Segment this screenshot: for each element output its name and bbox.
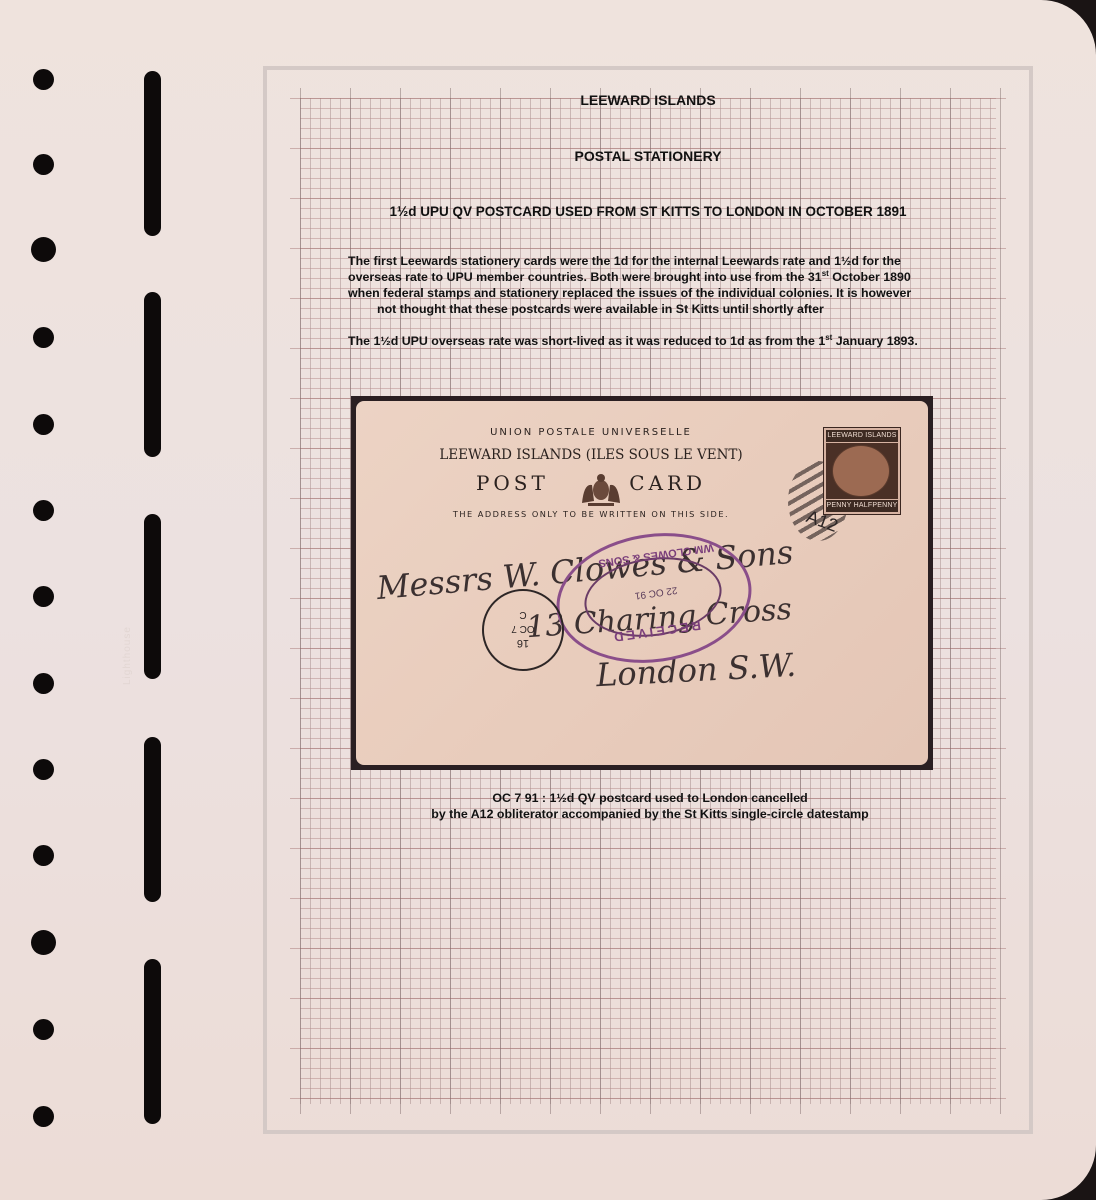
- st-kitts-datestamp: 16 OC 7 C: [482, 589, 564, 671]
- binder-hole: [33, 414, 54, 435]
- description-line: when federal stamps and stationery repla…: [348, 285, 948, 301]
- caption-line: OC 7 91 : 1½d QV postcard used to London…: [360, 790, 940, 806]
- stamp-top-label: LEEWARD ISLANDS: [826, 430, 898, 442]
- binder-hole: [33, 1019, 54, 1040]
- binder-hole: [33, 1106, 54, 1127]
- postcard-country-line: LEEWARD ISLANDS (ILES SOUS LE VENT): [356, 447, 826, 463]
- imprinted-stamp: LEEWARD ISLANDS PENNY HALFPENNY: [823, 427, 901, 515]
- binder-hole: [33, 586, 54, 607]
- binder-hole: [33, 500, 54, 521]
- binder-slot: [144, 959, 161, 1124]
- datestamp-code: C: [484, 609, 562, 620]
- rate-note: The 1½d UPU overseas rate was short-live…: [348, 333, 948, 349]
- binder-slot: [144, 292, 161, 457]
- datestamp-day: 16: [484, 637, 562, 649]
- binder-hole: [33, 154, 54, 175]
- queen-victoria-portrait-icon: [832, 445, 890, 497]
- page-subtitle: POSTAL STATIONERY: [300, 148, 996, 164]
- postcard-caption: OC 7 91 : 1½d QV postcard used to London…: [360, 790, 940, 822]
- description-line: overseas rate to UPU member countries. B…: [348, 269, 948, 285]
- watermark-text: Lighthouse: [122, 525, 136, 685]
- postcard-mount: UNION POSTALE UNIVERSELLE LEEWARD ISLAND…: [351, 396, 933, 770]
- binder-hole: [33, 759, 54, 780]
- binder-slot: [144, 71, 161, 236]
- binder-hole: [33, 673, 54, 694]
- datestamp-date: OC 7: [484, 623, 562, 634]
- postcard: UNION POSTALE UNIVERSELLE LEEWARD ISLAND…: [356, 401, 928, 765]
- royal-arms-icon: [576, 473, 626, 507]
- binder-hole: [33, 327, 54, 348]
- description-paragraph: The first Leewards stationery cards were…: [348, 253, 948, 317]
- stamp-value-label: PENNY HALFPENNY: [826, 500, 898, 512]
- binder-hole: [31, 930, 56, 955]
- page-heading: 1½d UPU QV POSTCARD USED FROM ST KITTS T…: [300, 204, 996, 219]
- postcard-upu-line: UNION POSTALE UNIVERSELLE: [356, 427, 826, 438]
- postcard-instruction: THE ADDRESS ONLY TO BE WRITTEN ON THIS S…: [356, 509, 826, 519]
- binder-slot: [144, 514, 161, 679]
- caption-line: by the A12 obliterator accompanied by th…: [360, 806, 940, 822]
- binder-hole: [31, 237, 56, 262]
- binder-hole: [33, 69, 54, 90]
- binder-slot: [144, 737, 161, 902]
- description-line: not thought that these postcards were av…: [348, 301, 948, 317]
- binder-hole: [33, 845, 54, 866]
- description-line: The first Leewards stationery cards were…: [348, 253, 948, 269]
- page-title: LEEWARD ISLANDS: [300, 92, 996, 108]
- album-page: Lighthouse LEEWARD ISLANDS POSTAL STATIO…: [0, 0, 1096, 1200]
